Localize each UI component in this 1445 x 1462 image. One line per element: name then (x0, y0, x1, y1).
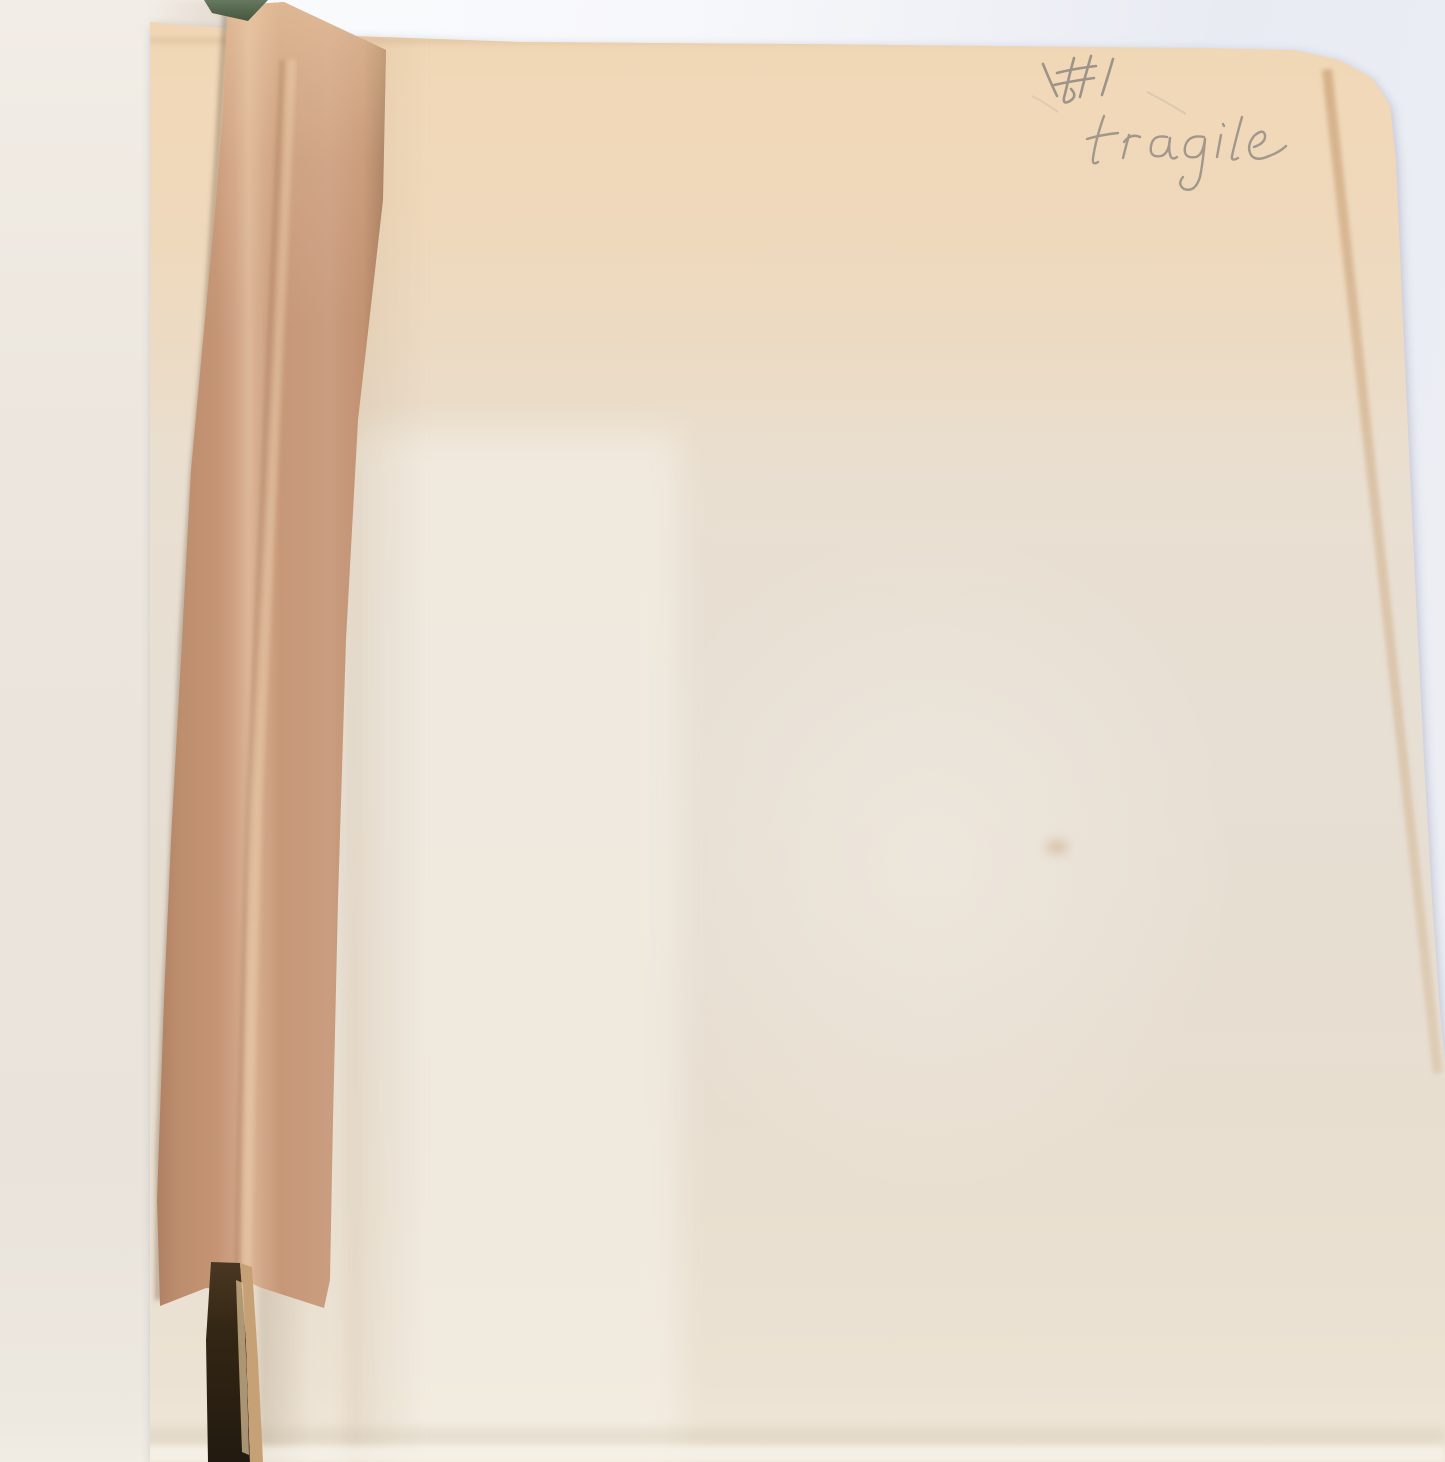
handwriting-number (1043, 56, 1113, 102)
pencil-smudge (1147, 92, 1186, 114)
handwriting-fragile (1087, 116, 1286, 190)
pencil-smudge-2 (1032, 96, 1058, 112)
overlay-graphics (0, 0, 1445, 1462)
tape-top-sheen (157, 2, 386, 1308)
photo-frame: #1 fragile (0, 0, 1445, 1462)
